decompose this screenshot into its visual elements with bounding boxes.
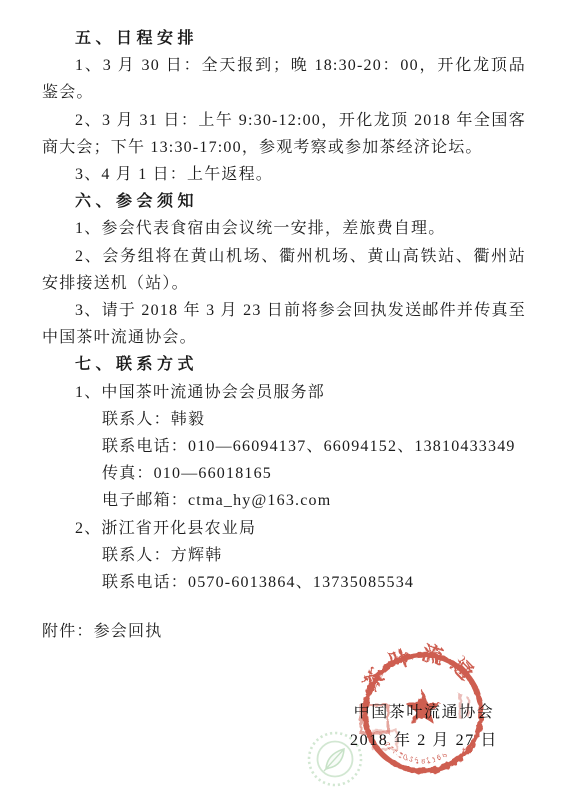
doc-line-para: 1、中国茶叶流通协会会员服务部 — [42, 379, 526, 406]
doc-line-detail: 联系人：方辉韩 — [102, 542, 526, 569]
document-page: 五、日程安排1、3 月 30 日：全天报到；晚 18:30-20：00，开化龙顶… — [0, 0, 566, 801]
doc-line-para: 1、参会代表食宿由会议统一安排，差旅费自理。 — [42, 215, 526, 242]
doc-line-para: 1、3 月 30 日：全天报到；晚 18:30-20：00，开化龙顶品鉴会。 — [42, 52, 526, 106]
doc-body: 五、日程安排1、3 月 30 日：全天报到；晚 18:30-20：00，开化龙顶… — [42, 25, 526, 596]
doc-line-detail: 联系电话：0570-6013864、13735085534 — [102, 569, 526, 596]
seal-arc-text: 茶叶流通 — [358, 641, 483, 696]
doc-line-detail: 传真：010—66018165 — [102, 460, 526, 487]
doc-line-heading: 七、联系方式 — [42, 351, 526, 378]
doc-line-detail: 联系电话：010—66094137、66094152、13810433349 — [102, 433, 526, 460]
doc-line-heading: 六、参会须知 — [42, 188, 526, 215]
doc-line-para: 2、3 月 31 日：上午 9:30-12:00，开化龙顶 2018 年全国客商… — [42, 107, 526, 161]
doc-line-para: 3、请于 2018 年 3 月 23 日前将参会回执发送邮件并传真至中国茶叶流通… — [42, 297, 526, 351]
svg-text:茶叶流通: 茶叶流通 — [358, 641, 483, 696]
doc-line-para: 2、会务组将在黄山机场、衢州机场、黄山高铁站、衢州站安排接送机（站）。 — [42, 243, 526, 297]
attachment-line: 附件：参会回执 — [42, 618, 526, 645]
signature-org: 中国茶叶流通协会 — [324, 699, 524, 727]
doc-line-para: 3、4 月 1 日：上午返程。 — [42, 161, 526, 188]
doc-line-detail: 电子邮箱：ctma_hy@163.com — [102, 487, 526, 514]
doc-line-heading: 五、日程安排 — [42, 25, 526, 52]
signature-date: 2018 年 2 月 27 日 — [324, 727, 524, 755]
doc-line-para: 2、浙江省开化县农业局 — [42, 515, 526, 542]
signature-block: 中国茶叶流通协会 2018 年 2 月 27 日 — [324, 699, 524, 755]
doc-line-detail: 联系人：韩毅 — [102, 406, 526, 433]
